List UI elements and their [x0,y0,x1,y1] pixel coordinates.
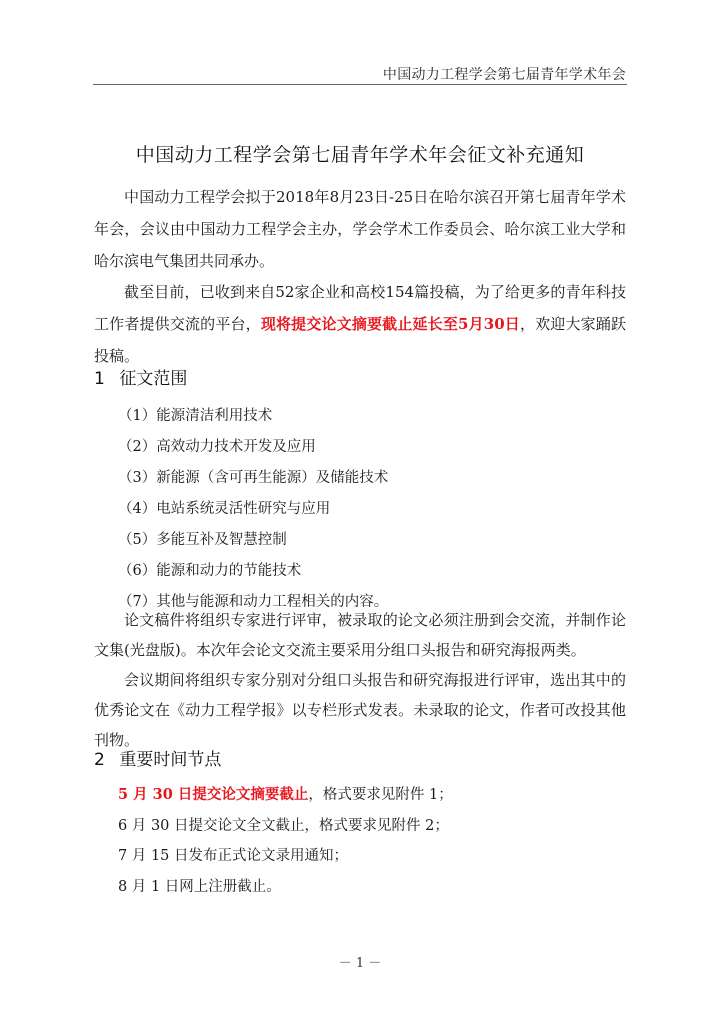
topic-item: （3）新能源（含可再生能源）及储能技术 [118,463,388,494]
section-number: 2 [94,750,114,770]
topic-item: （2）高效动力技术开发及应用 [118,432,388,463]
topic-item: （6）能源和动力的节能技术 [118,556,388,587]
timeline-item: 7 月 15 日发布正式论文录用通知； [118,841,453,872]
timeline-text: 8 月 1 日网上注册截止。 [118,879,281,895]
timeline-list: 5 月 30 日提交论文摘要截止，格式要求见附件 1； 6 月 30 日提交论文… [118,780,453,902]
document-page: 中国动力工程学会第七届青年学术年会 中国动力工程学会第七届青年学术年会征文补充通… [0,0,720,1018]
timeline-item: 5 月 30 日提交论文摘要截止，格式要求见附件 1； [118,780,453,811]
publication-paragraph: 会议期间将组织专家分别对分组口头报告和研究海报进行评审，选出其中的优秀论文在《动… [94,665,626,755]
timeline-item: 8 月 1 日网上注册截止。 [118,872,453,903]
section-number: 1 [94,369,114,389]
topic-item: （5）多能互补及智慧控制 [118,525,388,556]
running-header: 中国动力工程学会第七届青年学术年会 [383,64,626,84]
timeline-text: ，格式要求见附件 1； [308,787,452,803]
page-number: － 1 － [0,952,720,971]
timeline-item: 6 月 30 日提交论文全文截止，格式要求见附件 2； [118,811,453,842]
intro-paragraph: 中国动力工程学会拟于2018年8月23日-25日在哈尔滨召开第七届青年学术年会，… [94,181,626,277]
section-title: 重要时间节点 [119,750,221,770]
timeline-text: 6 月 30 日提交论文全文截止，格式要求见附件 2； [118,818,449,834]
header-rule [93,84,627,85]
deadline-extension-highlight: 现将提交论文摘要截止延长至5月30日 [261,315,520,333]
topic-item: （4）电站系统灵活性研究与应用 [118,494,388,525]
status-paragraph: 截至目前，已收到来自52家企业和高校154篇投稿，为了给更多的青年科技工作者提供… [94,276,626,372]
abstract-deadline-highlight: 5 月 30 日提交论文摘要截止 [118,786,308,803]
section-title: 征文范围 [119,369,187,389]
timeline-text: 7 月 15 日发布正式论文录用通知； [118,848,348,864]
topic-list: （1）能源清洁利用技术 （2）高效动力技术开发及应用 （3）新能源（含可再生能源… [118,401,388,618]
section-heading-1: 1 征文范围 [94,364,187,389]
document-title: 中国动力工程学会第七届青年学术年会征文补充通知 [0,140,720,167]
review-paragraph: 论文稿件将组织专家进行评审，被录取的论文必须注册到会交流，并制作论文集(光盘版)… [94,605,626,665]
topic-item: （1）能源清洁利用技术 [118,401,388,432]
section-heading-2: 2 重要时间节点 [94,745,221,770]
